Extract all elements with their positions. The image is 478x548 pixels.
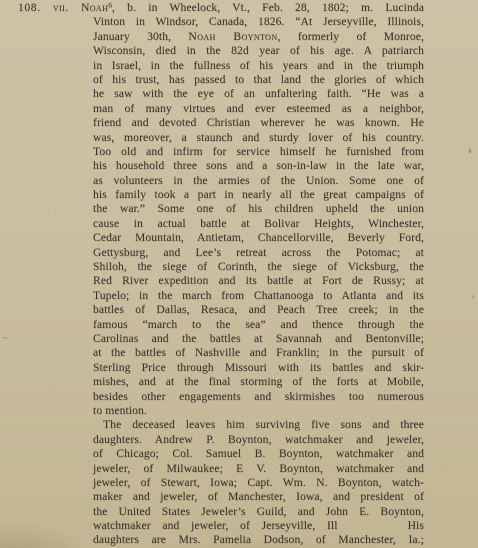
text-segment: as volunteers in the armies of the Union… [93, 174, 424, 187]
text-line: jeweler, of Milwaukee; E V. Boynton, wat… [93, 462, 424, 476]
text-segment: Red River expedition and its battle at F… [93, 274, 424, 287]
text-segment: of Chicago; Col. Samuel B. Boynton, watc… [93, 447, 424, 460]
text-line: his household three sons and a son-in-la… [93, 159, 424, 173]
book-page-scan: 108. vii. Noah6, b. in Wheelock, Vt., Fe… [0, 0, 478, 548]
text-segment: his household three sons and a son-in-la… [93, 159, 424, 172]
text-line: jeweler, of Stewart, Iowa; Capt. Wm. N. … [93, 476, 424, 490]
text-segment: in Israel, in the fullness of his years … [93, 59, 424, 72]
small-caps-name: Noah [81, 1, 108, 14]
text-line: January 30th, Noah Boynton, formerly of … [93, 30, 424, 44]
text-line: man of many virtues and ever esteemed as… [93, 102, 424, 116]
text-segment: Too old and infirm for service himself h… [93, 145, 424, 158]
text-segment: The deceased leaves him surviving five s… [103, 418, 424, 431]
text-segment: , formerly of Monroe, [278, 30, 425, 43]
text-segment: cause in actual battle at Bolivar Height… [93, 217, 424, 230]
text-line: Sterling Price through Missouri with its… [93, 361, 424, 375]
text-line: he saw with the eye of an unfaltering fa… [93, 87, 424, 101]
text-segment: the war.” Some one of his children uphel… [93, 202, 424, 215]
text-line: The deceased leaves him surviving five s… [93, 418, 424, 432]
text-segment: man of many virtues and ever esteemed as… [93, 102, 424, 115]
text-segment: , b. in Wheelock, Vt., Feb. 28, 1802; m.… [112, 1, 424, 14]
small-caps-name: Noah Boynton [188, 30, 277, 43]
text-segment: famous “march to the sea” and thence thr… [93, 318, 424, 331]
text-line: famous “march to the sea” and thence thr… [93, 318, 424, 332]
text-line: Wisconsin, died in the 82d year of his a… [93, 44, 424, 58]
text-segment: jeweler, of Milwaukee; E V. Boynton, wat… [93, 462, 424, 475]
text-line: Shiloh, the siege of Corinth, the siege … [93, 260, 424, 274]
text-segment: mishes, and at the final storming of the… [93, 375, 424, 388]
entry-number: 108. [18, 1, 41, 14]
text-segment: Vinton in Windsor, Canada, 1826. “At Jer… [93, 15, 424, 28]
text-segment: January 30th, [93, 30, 188, 43]
text-segment: friend and devoted Christian wherever he… [93, 116, 424, 129]
text-line: of Chicago; Col. Samuel B. Boynton, watc… [93, 447, 424, 461]
text-line: besides other engagements and skirmishes… [93, 390, 424, 404]
text-segment: battles of Dallas, Resaca, and Peach Tre… [93, 303, 424, 316]
text-line: Red River expedition and its battle at F… [93, 274, 424, 288]
text-segment: to mention. [93, 404, 147, 417]
text-segment: Cedar Mountain, Antietam, Chancellorvill… [93, 231, 424, 244]
text-line: was, moreover, a staunch and sturdy love… [93, 131, 424, 145]
text-line: daughters are Mrs. Pamelia Dodson, of Ma… [93, 533, 424, 547]
text-line: Too old and infirm for service himself h… [93, 145, 424, 159]
text-line: the United States Jeweler’s Guild, and J… [93, 505, 424, 519]
text-segment: maker and jeweler, of Manchester, Iowa, … [93, 490, 424, 503]
text-line: battles of Dallas, Resaca, and Peach Tre… [93, 303, 424, 317]
text-line: mishes, and at the final storming of the… [93, 375, 424, 389]
text-line: Gettysburg, and Lee’s retreat across the… [93, 246, 424, 260]
text-line: Carolinas and the battles at Savannah an… [93, 332, 424, 346]
text-segment: Sterling Price through Missouri with its… [93, 361, 424, 374]
text-line: watchmaker and jeweler, of Jerseyville, … [93, 519, 424, 533]
text-line: in Israel, in the fullness of his years … [93, 59, 424, 73]
text-segment: daughters are Mrs. Pamelia Dodson, of Ma… [93, 533, 424, 546]
text-segment: Carolinas and the battles at Savannah an… [93, 332, 424, 345]
text-line: to mention. [93, 404, 424, 418]
text-line: Cedar Mountain, Antietam, Chancellorvill… [93, 231, 424, 245]
text-line: the war.” Some one of his children uphel… [93, 202, 424, 216]
text-line: friend and devoted Christian wherever he… [93, 116, 424, 130]
text-segment: Tupelo; in the march from Chattanooga to… [93, 289, 424, 302]
text-segment: he saw with the eye of an unfaltering fa… [93, 87, 424, 100]
text-line: maker and jeweler, of Manchester, Iowa, … [93, 490, 424, 504]
text-segment: daughters. Andrew P. Boynton, watchmaker… [93, 433, 424, 446]
text-segment: watchmaker and jeweler, of Jerseyville, … [93, 519, 424, 532]
text-segment [41, 1, 53, 14]
text-line: daughters. Andrew P. Boynton, watchmaker… [93, 433, 424, 447]
text-segment: Gettysburg, and Lee’s retreat across the… [93, 246, 424, 259]
text-line: his family took a part in nearly all the… [93, 188, 424, 202]
text-line: 108. vii. Noah6, b. in Wheelock, Vt., Fe… [18, 1, 424, 15]
text-segment: Shiloh, the siege of Corinth, the siege … [93, 260, 424, 273]
text-segment: was, moreover, a staunch and sturdy love… [93, 131, 424, 144]
text-segment: his family took a part in nearly all the… [93, 188, 424, 201]
text-line: at the battles of Nashville and Franklin… [93, 346, 424, 360]
text-segment: of his trust, has passed to that land th… [93, 73, 424, 86]
small-caps-name: vii. [53, 1, 81, 14]
text-line: cause in actual battle at Bolivar Height… [93, 217, 424, 231]
text-segment: besides other engagements and skirmishes… [93, 390, 424, 403]
text-segment: jeweler, of Stewart, Iowa; Capt. Wm. N. … [93, 476, 424, 489]
page-text-block: 108. vii. Noah6, b. in Wheelock, Vt., Fe… [93, 1, 424, 548]
text-line: as volunteers in the armies of the Union… [93, 174, 424, 188]
text-segment: Wisconsin, died in the 82d year of his a… [93, 44, 424, 57]
text-line: of his trust, has passed to that land th… [93, 73, 424, 87]
text-segment: at the battles of Nashville and Franklin… [93, 346, 424, 359]
text-line: Vinton in Windsor, Canada, 1826. “At Jer… [93, 15, 424, 29]
text-segment: the United States Jeweler’s Guild, and J… [93, 505, 424, 518]
text-line: Tupelo; in the march from Chattanooga to… [93, 289, 424, 303]
